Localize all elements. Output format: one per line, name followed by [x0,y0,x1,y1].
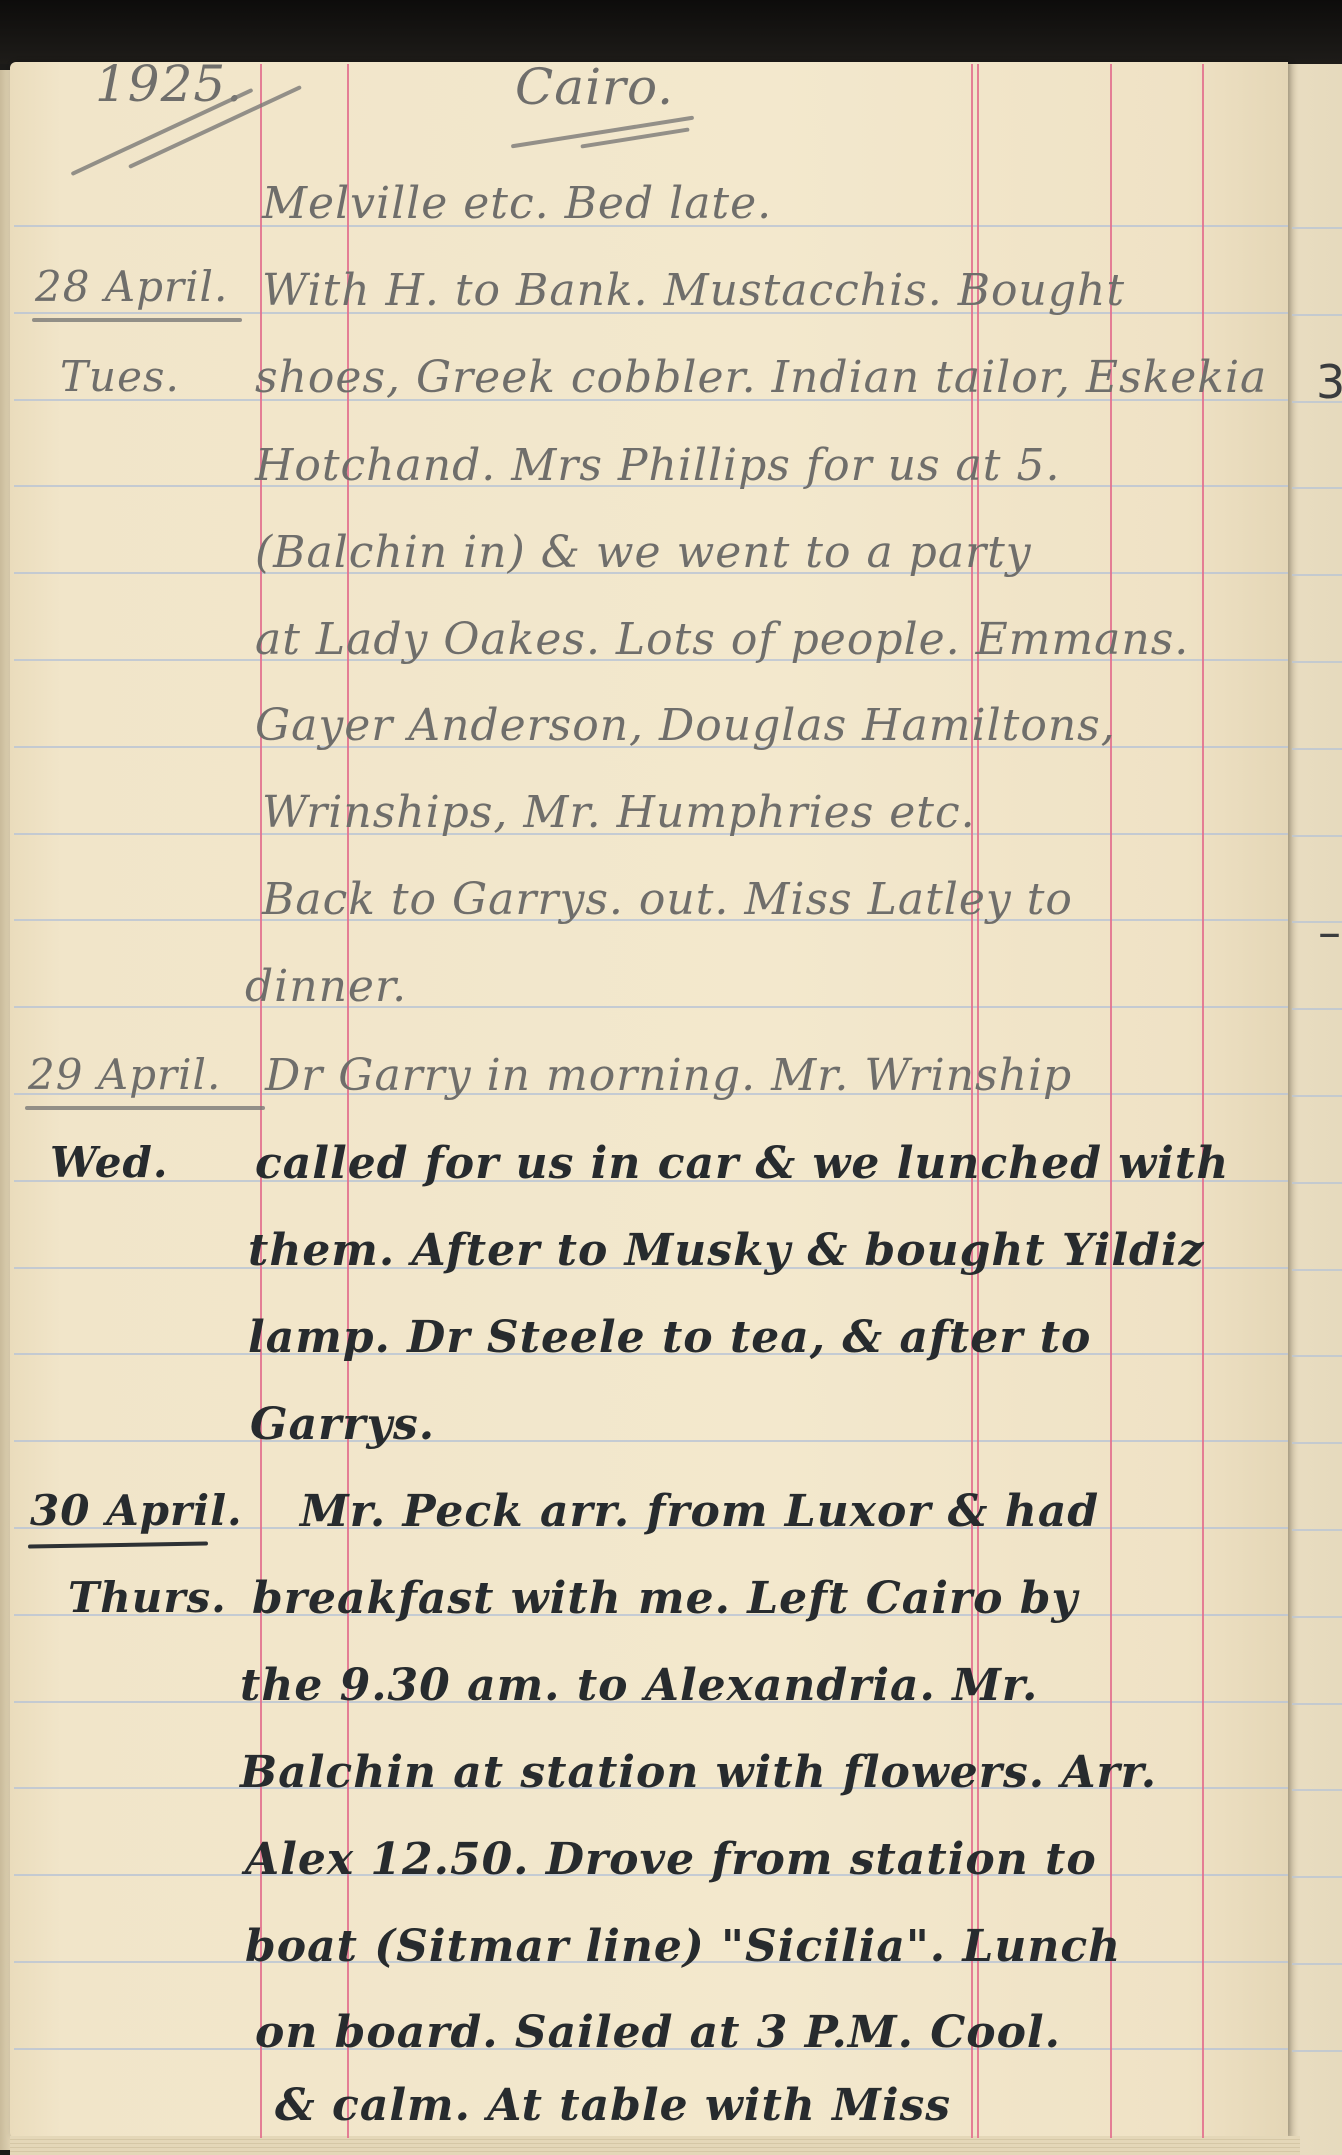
entry-line: them. After to Musky & bought Yildiz [248,1225,1205,1276]
facing-ruled-line [1292,661,1342,663]
entry-line: Garrys. [250,1399,435,1450]
entry-line: With H. to Bank. Mustacchis. Bought [262,265,1125,316]
facing-ruled-line [1292,1182,1342,1184]
date-underline [25,1106,265,1110]
entry-line: Gayer Anderson, Douglas Hamiltons, [255,700,1116,751]
facing-ruled-line [1292,1008,1342,1010]
entry-line: breakfast with me. Left Cairo by [252,1573,1078,1624]
facing-ruled-line [1292,1529,1342,1531]
entry-line: shoes, Greek cobbler. Indian tailor, Esk… [255,352,1267,403]
facing-ruled-line [1292,2050,1342,2052]
facing-ruled-line [1292,1789,1342,1791]
entry-day: Wed. [50,1138,168,1187]
facing-ruled-line [1292,1876,1342,1878]
entry-date: 30 April. [30,1486,243,1535]
facing-ruled-line [1292,1355,1342,1357]
entry-line: Dr Garry in morning. Mr. Wrinship [265,1050,1072,1101]
entry-line: Back to Garrys. out. Miss Latley to [262,874,1073,925]
entry-day: Tues. [60,352,180,401]
entry-line: Melville etc. Bed late. [262,178,772,229]
facing-page-mark: – [1318,905,1341,959]
place-heading: Cairo. [515,58,674,116]
entry-line: at Lady Oakes. Lots of people. Emmans. [255,614,1189,665]
entry-line: Alex 12.50. Drove from station to [245,1834,1097,1885]
facing-ruled-line [1292,748,1342,750]
entry-day: Thurs. [68,1573,227,1622]
entry-line: Mr. Peck arr. from Luxor & had [300,1486,1099,1537]
facing-ruled-line [1292,1616,1342,1618]
entry-date: 28 April. [35,262,228,311]
entry-line: (Balchin in) & we went to a party [255,527,1032,578]
facing-ruled-line [1292,1095,1342,1097]
entry-line: dinner. [245,961,407,1012]
entry-date: 29 April. [28,1050,221,1099]
entry-line: on board. Sailed at 3 P.M. Cool. [255,2007,1061,2058]
facing-ruled-line [1292,574,1342,576]
entry-line: the 9.30 am. to Alexandria. Mr. [240,1660,1038,1711]
facing-ruled-line [1292,314,1342,316]
entry-line: Hotchand. Mrs Phillips for us at 5. [255,440,1060,491]
facing-ruled-line [1292,1963,1342,1965]
entry-line: called for us in car & we lunched with [255,1138,1229,1189]
facing-ruled-line [1292,1269,1342,1271]
page-stack-bottom-edge [10,2136,1300,2155]
entry-line: boat (Sitmar line) "Sicilia". Lunch [245,1921,1121,1972]
entry-line: Balchin at station with flowers. Arr. [240,1747,1157,1798]
entry-line: lamp. Dr Steele to tea, & after to [248,1312,1091,1363]
entry-line: & calm. At table with Miss [275,2080,951,2131]
facing-ruled-line [1292,227,1342,229]
ruled-line [14,1006,1288,1008]
date-underline [32,318,242,322]
facing-ruled-line [1292,835,1342,837]
facing-ruled-line [1292,1442,1342,1444]
facing-page-mark: 3 [1316,355,1342,409]
entry-line: Wrinships, Mr. Humphries etc. [262,787,976,838]
facing-ruled-line [1292,487,1342,489]
ruled-line [14,1440,1288,1442]
facing-ruled-line [1292,1703,1342,1705]
